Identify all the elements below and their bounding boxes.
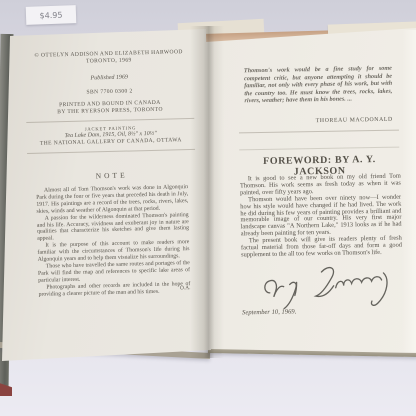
epigraph-attribution: THOREAU MACDONALD <box>245 117 393 126</box>
foreword-body: It is good to see a new book on my old f… <box>240 174 402 260</box>
price-sticker: $4.95 <box>26 5 77 25</box>
right-page-text: Thomson's work would be a fine study for… <box>0 0 416 416</box>
paragraph: The present book will give its readers p… <box>241 236 402 260</box>
price-sticker-label: $4.95 <box>39 10 62 20</box>
paragraph: Thomson would have been over ninety now—… <box>240 194 402 238</box>
foreword-date: September 10, 1969. <box>242 307 402 317</box>
right-hairline-top <box>239 130 399 134</box>
ay-jackson-signature <box>259 263 400 311</box>
epigraph-quote: Thomson's work would be a fine study for… <box>244 65 393 106</box>
right-hairline-bottom <box>239 147 399 151</box>
